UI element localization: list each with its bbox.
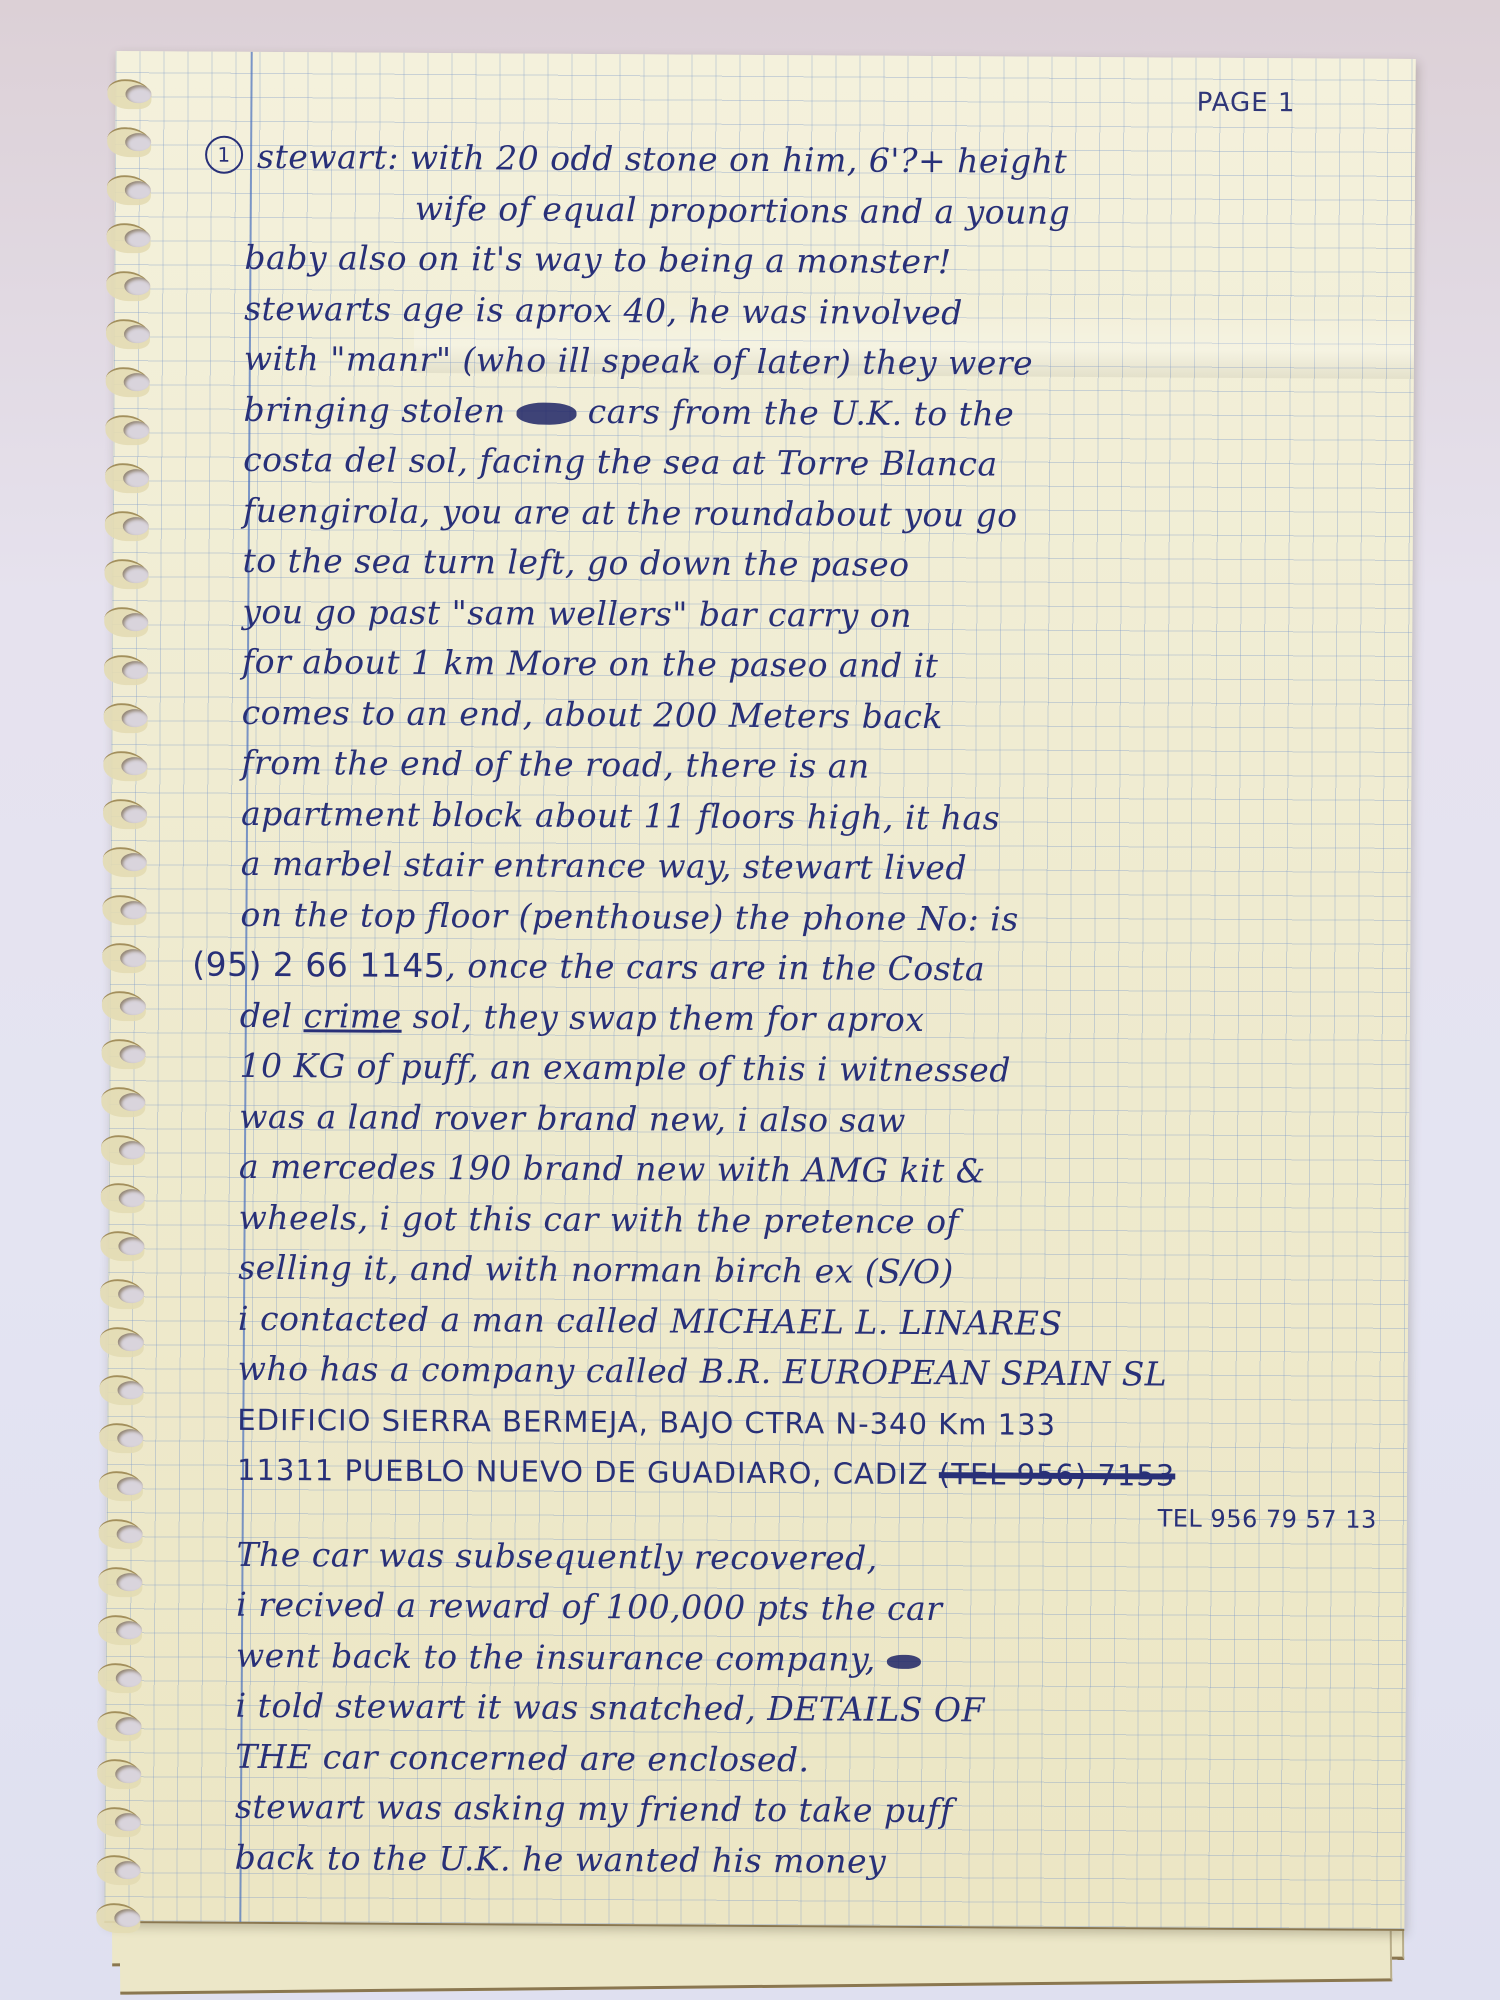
spiral-hole [120,949,146,967]
text-line: baby also on it's way to being a monster… [204,233,1404,291]
spiral-hole [116,1573,142,1591]
text-line: EDIFICIO SIERRA BERMEJA, BAJO CTRA N-340… [197,1394,1397,1452]
spiral-hole [115,1813,141,1831]
text-line: i contacted a man called MICHAEL L. LINA… [198,1293,1398,1351]
spiral-hole [124,325,150,343]
line-text: apartment block about 11 floors high, it… [241,793,1000,837]
line-text: fuengirola, you are at the roundabout yo… [243,490,1018,534]
text-line: back to the U.K. he wanted his money [195,1832,1395,1890]
spiral-hole [118,1237,144,1255]
torn-spiral-edge [96,71,177,1901]
line-text: i recived a reward of 100,000 pts the ca… [236,1585,942,1628]
spiral-hole [122,613,148,631]
spiral-hole [120,1045,146,1063]
text-line: fuengirola, you are at the roundabout yo… [203,485,1403,543]
page-label: PAGE 1 [1197,88,1296,119]
text-line: i told stewart it was snatched, DETAILS … [195,1681,1395,1739]
text-line: wife of equal proportions and a young [205,182,1405,240]
line-text: i told stewart it was snatched, DETAILS … [236,1686,985,1730]
spiral-hole [116,1669,142,1687]
spiral-hole [117,1525,143,1543]
spiral-hole [121,853,147,871]
spiral-hole [120,901,146,919]
text-line: bringing stolen cars from the U.K. to th… [203,384,1403,442]
line-text: back to the U.K. he wanted his money [235,1837,887,1880]
spiral-hole [125,229,151,247]
spiral-hole [119,1189,145,1207]
spiral-hole [115,1717,141,1735]
text-line: you go past "sam wellers" bar carry on [202,586,1402,644]
line-text: stewart was asking my friend to take puf… [235,1787,953,1830]
spiral-hole [121,805,147,823]
line-text: THE car concerned are enclosed. [235,1736,810,1779]
spiral-hole [121,757,147,775]
line-text: stewarts age is aprox 40, he was involve… [244,288,963,331]
spiral-hole [117,1381,143,1399]
text-line: THE car concerned are enclosed. [195,1731,1395,1789]
line-text: a marbel stair entrance way, stewart liv… [241,844,968,887]
line-text: 10 KG of puff, an example of this i witn… [239,1046,1011,1090]
line-text: costa del sol, facing the sea at Torre B… [243,440,998,484]
text-line: was a land rover brand new, i also saw [199,1091,1399,1149]
text-line: (95) 2 66 1145, once the cars are in the… [200,940,1400,998]
spiral-hole [125,85,151,103]
spiral-hole [118,1285,144,1303]
notebook-page: PAGE 1 1stewart: with 20 odd stone on hi… [104,51,1415,1931]
spiral-hole [125,181,151,199]
line-text: who has a company called B.R. EUROPEAN S… [238,1349,1168,1394]
line-text: with "manr" (who ill speak of later) the… [244,339,1034,383]
spiral-hole [114,1909,140,1927]
text-line: stewart was asking my friend to take puf… [195,1782,1395,1840]
spiral-hole [125,133,151,151]
text-line: on the top floor (penthouse) the phone N… [200,889,1400,947]
spiral-hole [123,517,149,535]
handwritten-text: 1stewart: with 20 odd stone on him, 6'?+… [195,132,1406,1890]
spiral-hole [123,421,149,439]
text-line: a marbel stair entrance way, stewart liv… [201,839,1401,897]
text-line: 11311 PUEBLO NUEVO DE GUADIARO, CADIZ (T… [197,1445,1397,1503]
text-line: apartment block about 11 floors high, it… [201,788,1401,846]
text-line: 10 KG of puff, an example of this i witn… [199,1041,1399,1099]
line-text: stewart: with 20 odd stone on him, 6'?+ … [257,137,1067,181]
line-text: The car was subsequently recovered, [236,1534,877,1577]
spiral-hole [116,1621,142,1639]
spiral-hole [115,1861,141,1879]
line-text: was a land rover brand new, i also saw [239,1096,906,1139]
text-line: with "manr" (who ill speak of later) the… [204,334,1404,392]
struck-through-text: (TEL 956) 7153 [939,1457,1176,1492]
underlined-word: crime [303,996,401,1036]
line-text: cars from the U.K. to the [588,391,1015,433]
spiral-hole [119,1141,145,1159]
line-text: , once the cars are in the Costa [445,946,985,988]
text-line: to the sea turn left, go down the paseo [202,536,1402,594]
text-line: del crime sol, they swap them for aprox [200,990,1400,1048]
spiral-hole [119,1093,145,1111]
item-number-circle: 1 [205,136,243,174]
spiral-hole [117,1477,143,1495]
telephone-text: TEL 956 79 57 13 [1158,1504,1377,1533]
text-line: selling it, and with norman birch ex (S/… [198,1243,1398,1301]
line-text: wife of equal proportions and a young [415,188,1071,231]
spiral-hole [120,997,146,1015]
text-line: stewarts age is aprox 40, he was involve… [204,283,1404,341]
line-text: sol, they swap them for aprox [413,996,925,1038]
spiral-hole [124,277,150,295]
line-text: on the top floor (penthouse) the phone N… [240,894,1019,938]
line-text: bringing stolen [243,389,505,430]
text-line: who has a company called B.R. EUROPEAN S… [198,1344,1398,1402]
text-line: 1stewart: with 20 odd stone on him, 6'?+… [205,132,1405,190]
line-text: i contacted a man called MICHAEL L. LINA… [238,1298,1063,1342]
line-text: wheels, i got this car with the pretence… [238,1197,959,1240]
text-line: i recived a reward of 100,000 pts the ca… [196,1580,1396,1638]
spiral-hole [115,1765,141,1783]
text-line: wheels, i got this car with the pretence… [198,1192,1398,1250]
text-line: costa del sol, facing the sea at Torre B… [203,435,1403,493]
text-line: from the end of the road, there is an [201,738,1401,796]
line-text: from the end of the road, there is an [241,743,870,786]
line-text: baby also on it's way to being a monster… [244,238,951,281]
line-text: a mercedes 190 brand new with AMG kit & [239,1147,986,1191]
text-line: The car was subsequently recovered, [196,1529,1396,1587]
phone-number: (95) 2 66 1145 [192,945,445,986]
address-text: EDIFICIO SIERRA BERMEJA, BAJO CTRA N-340… [237,1402,1056,1441]
address-text: 11311 PUEBLO NUEVO DE GUADIARO, CADIZ [237,1453,929,1491]
spiral-hole [122,661,148,679]
spiral-hole [122,709,148,727]
text-line: comes to an end, about 200 Meters back [202,687,1402,745]
line-text: for about 1 km More on the paseo and it [242,642,939,685]
crossed-out-scribble [887,1654,921,1668]
line-text: selling it, and with norman birch ex (S/… [238,1248,954,1291]
spiral-hole [124,373,150,391]
spiral-hole [122,565,148,583]
line-text: to the sea turn left, go down the paseo [243,541,910,584]
line-text: comes to an end, about 200 Meters back [242,692,943,735]
spiral-hole [123,469,149,487]
text-line: for about 1 km More on the paseo and it [202,637,1402,695]
line-text: went back to the insurance company, [236,1635,876,1678]
crossed-out-scribble [517,402,577,424]
spiral-hole [117,1429,143,1447]
text-line: went back to the insurance company, [196,1630,1396,1688]
line-text: del [240,995,293,1034]
spiral-hole [118,1333,144,1351]
text-line: a mercedes 190 brand new with AMG kit & [199,1142,1399,1200]
line-text: you go past "sam wellers" bar carry on [242,591,912,634]
